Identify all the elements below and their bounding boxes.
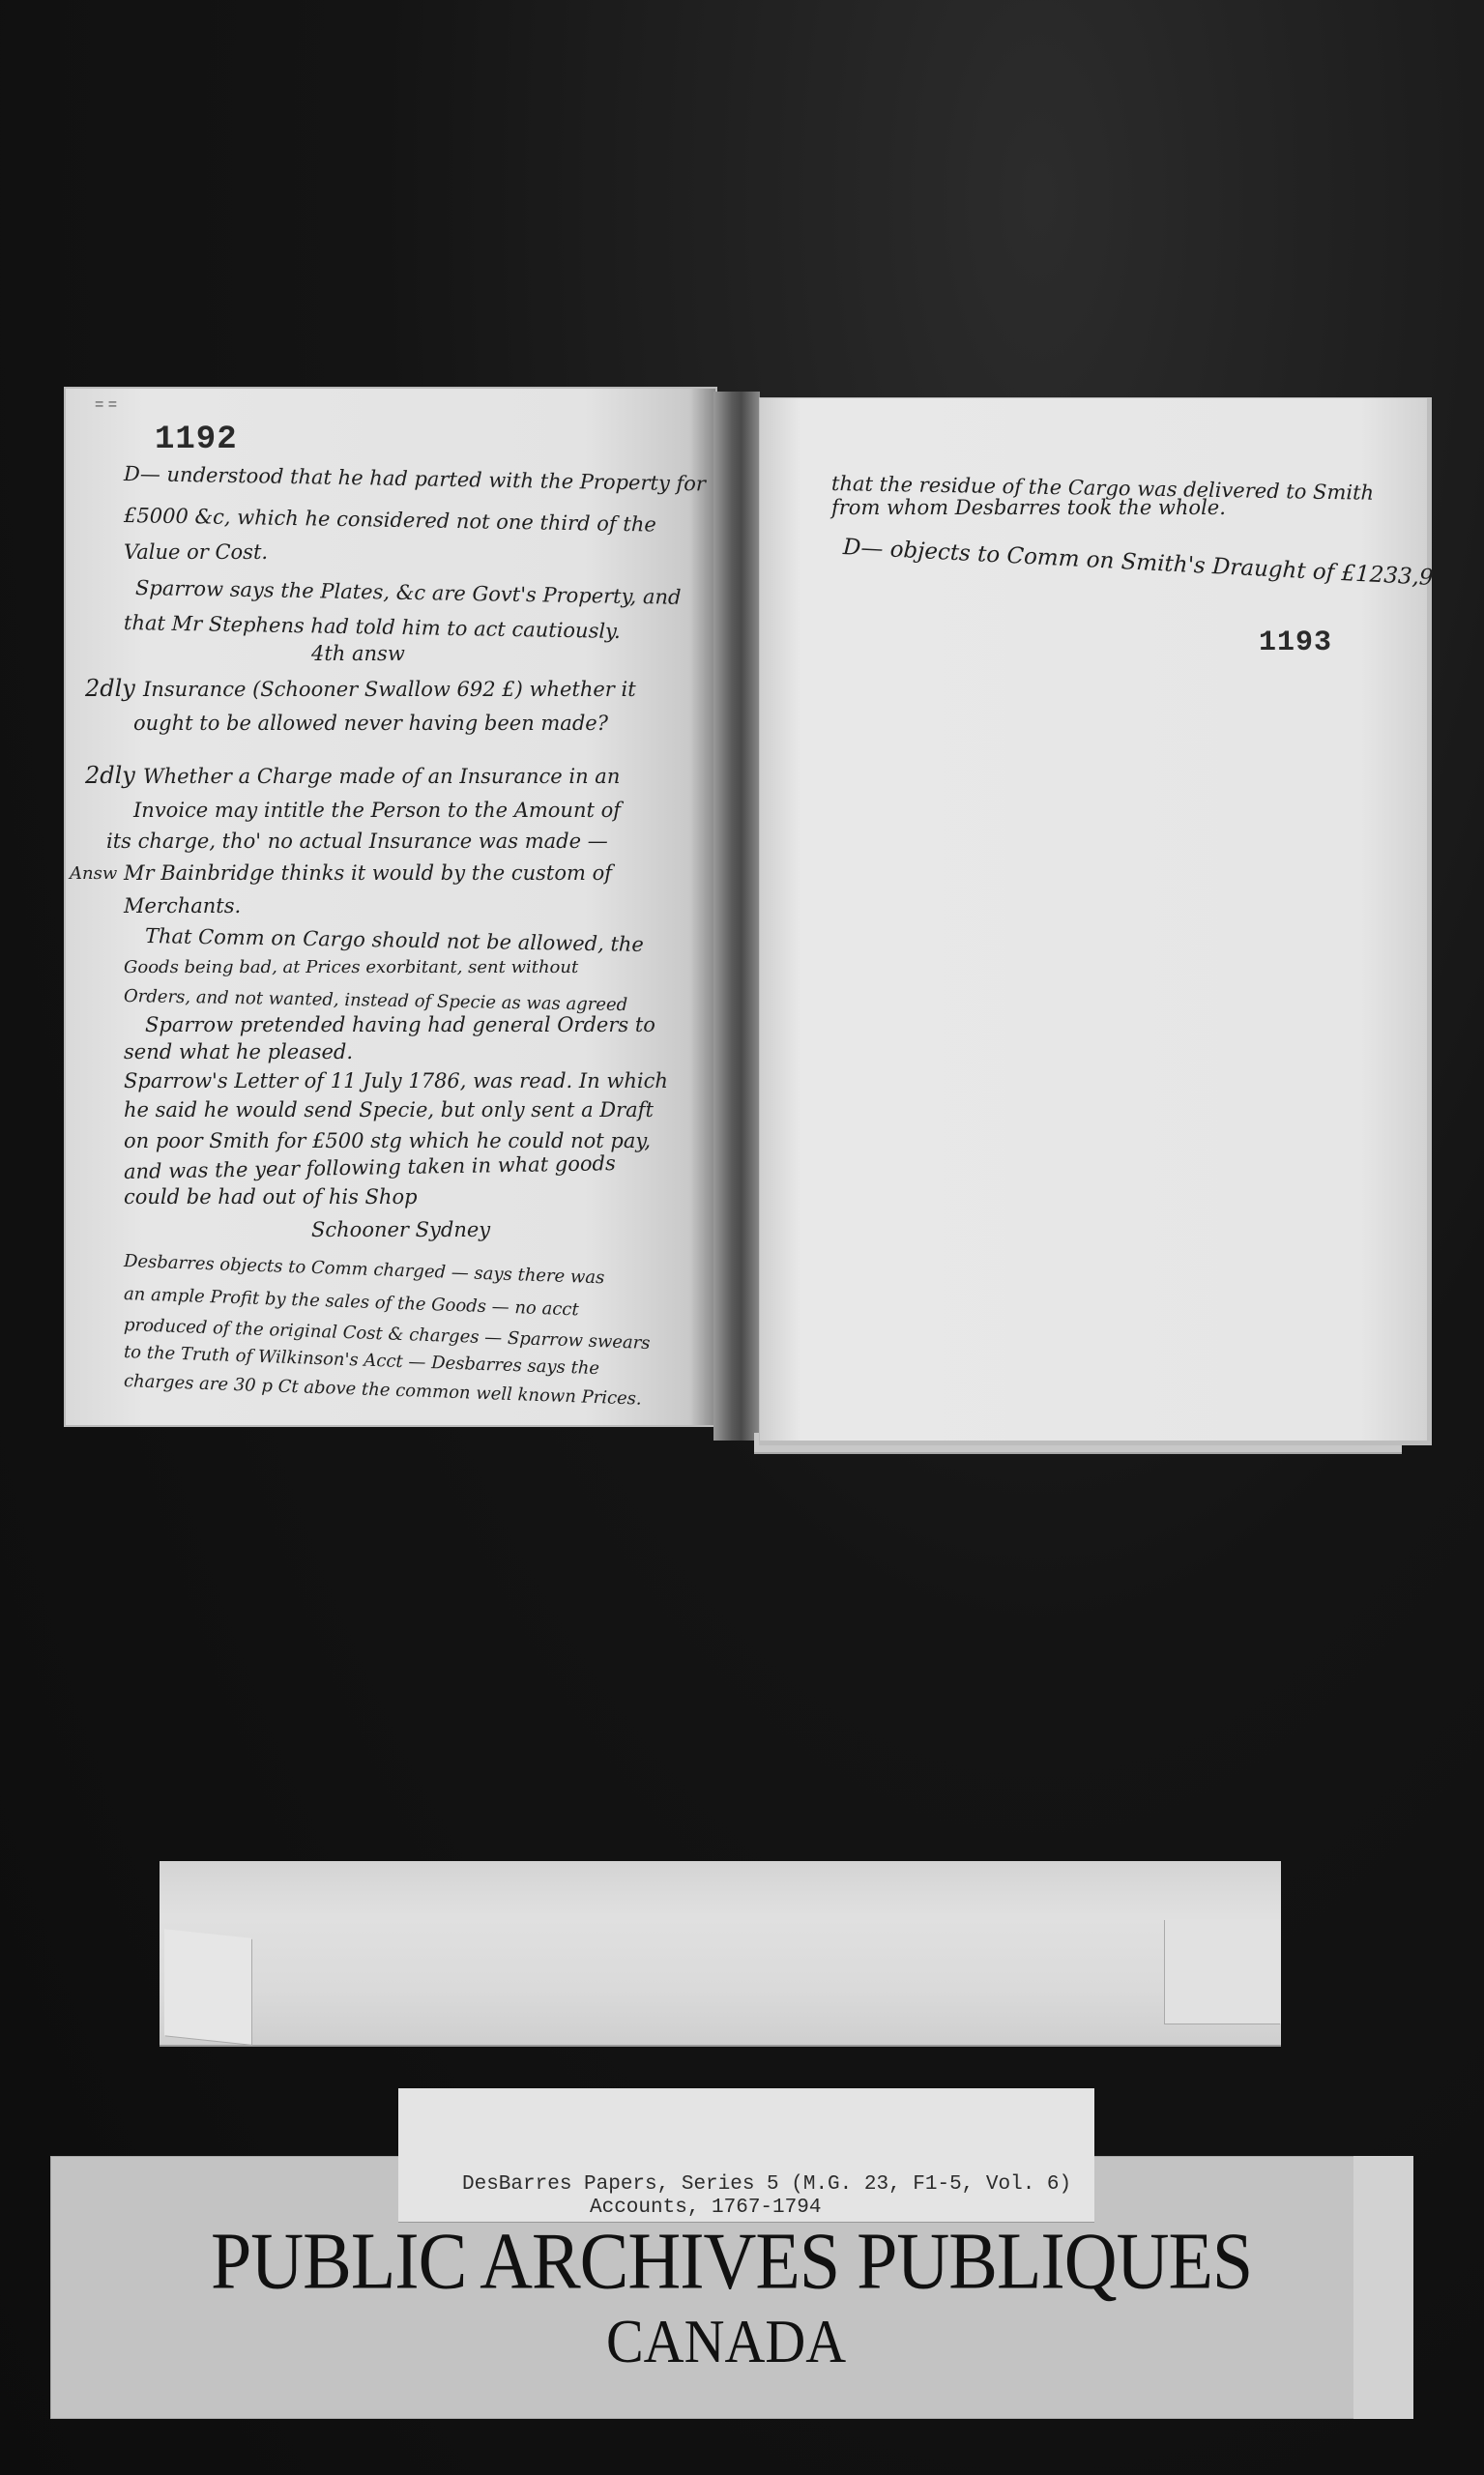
- folio-number-left: 1192: [155, 422, 238, 458]
- corner-mark: = =: [95, 396, 117, 414]
- banner-subtitle: CANADA: [606, 2306, 846, 2377]
- folio-number-right: 1193: [1259, 626, 1332, 659]
- book-gutter: [713, 392, 760, 1441]
- manuscript-line: Insurance (Schooner Swallow 692 £) wheth…: [143, 680, 636, 700]
- section-heading: 4th answ: [311, 644, 405, 664]
- tape-left: [164, 1929, 251, 2044]
- manuscript-line: Goods being bad, at Prices exorbitant, s…: [124, 959, 578, 976]
- manuscript-line: Value or Cost.: [124, 542, 268, 563]
- tape-right: [1165, 1919, 1281, 2024]
- manuscript-line: ought to be allowed never having been ma…: [133, 713, 608, 734]
- manuscript-line: Whether a Charge made of an Insurance in…: [143, 767, 620, 787]
- manuscript-line: Invoice may intitle the Person to the Am…: [133, 801, 621, 821]
- margin-label: 2dly: [85, 764, 135, 787]
- manuscript-line: its charge, tho' no actual Insurance was…: [106, 831, 608, 852]
- manuscript-line: Sparrow's Letter of 11 July 1786, was re…: [124, 1071, 668, 1092]
- banner-title: PUBLIC ARCHIVES PUBLIQUES: [211, 2216, 1252, 2309]
- section-heading: Schooner Sydney: [311, 1220, 490, 1240]
- manuscript-line: could be had out of his Shop: [124, 1187, 418, 1208]
- manuscript-line: send what he pleased.: [124, 1042, 353, 1063]
- archive-label-line1: DesBarres Papers, Series 5 (M.G. 23, F1-…: [462, 2173, 1071, 2196]
- margin-label: Answ: [70, 865, 117, 883]
- banner-edge: [1353, 2156, 1413, 2419]
- manuscript-line: Mr Bainbridge thinks it would by the cus…: [124, 863, 612, 884]
- margin-label: 2dly: [85, 677, 135, 700]
- manuscript-line: Merchants.: [124, 896, 241, 917]
- manuscript-line: on poor Smith for £500 stg which he coul…: [124, 1131, 651, 1151]
- manuscript-line: from whom Desbarres took the whole.: [831, 498, 1226, 518]
- manuscript-line: Sparrow pretended having had general Ord…: [145, 1015, 655, 1035]
- folded-paper-strip: [160, 1861, 1281, 2045]
- manuscript-line: he said he would send Specie, but only s…: [124, 1100, 654, 1121]
